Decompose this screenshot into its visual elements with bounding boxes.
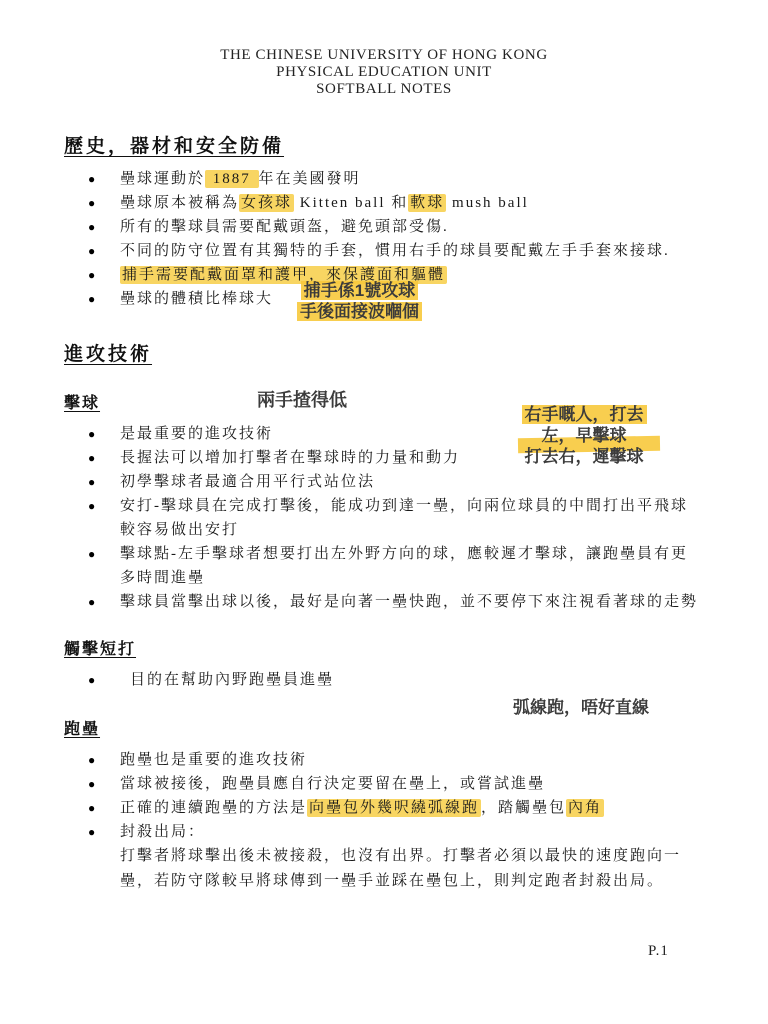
header-unit: PHYSICAL EDUCATION UNIT: [0, 64, 768, 81]
highlighted-text: 向壘包外幾呎繞弧線跑: [307, 799, 481, 817]
list-item: ● 初學擊球者最適合用平行式站位法: [64, 470, 704, 494]
bullet-text: 封殺出局：: [120, 820, 704, 844]
list-item: ● 擊球員當擊出球以後，最好是向著一壘快跑，並不要停下來注視看著球的走勢: [64, 590, 704, 614]
list-item: ● 壘球原本被稱為女孩球 Kitten ball 和軟球 mush ball: [64, 191, 704, 215]
text-run: 年在美國發明: [259, 171, 361, 187]
bullet-text: 跑壘也是重要的進攻技術: [120, 748, 704, 772]
list-item: ● 擊球點-左手擊球者想要打出左外野方向的球，應較遲才擊球，讓跑壘員有更多時間進…: [64, 542, 704, 590]
text-run: Kitten ball 和: [294, 195, 408, 211]
bullet-text: 目的在幫助內野跑壘員進壘: [120, 668, 704, 692]
highlighted-annotation-text: 手後面接波嗰個: [297, 302, 422, 321]
bullet-marker: ●: [64, 446, 120, 470]
document-header: THE CHINESE UNIVERSITY OF HONG KONG PHYS…: [0, 0, 768, 98]
annotation-line: 捕手係1號攻球: [297, 280, 422, 301]
list-item: ● 正確的連續跑壘的方法是向壘包外幾呎繞弧線跑，踏觸壘包內角: [64, 796, 704, 820]
header-doc-title: SOFTBALL NOTES: [0, 81, 768, 98]
highlighted-text: 1887: [205, 170, 259, 188]
baserunning-bullet-list: ● 跑壘也是重要的進攻技術 ● 當球被接後，跑壘員應自行決定要留在壘上，或嘗試進…: [64, 748, 704, 844]
text-run: ，踏觸壘包: [481, 800, 566, 816]
bullet-marker: ●: [64, 470, 120, 494]
annotation-line: 打去右，遲擊球: [498, 446, 670, 467]
bullet-text: 擊球員當擊出球以後，最好是向著一壘快跑，並不要停下來注視看著球的走勢: [120, 590, 704, 614]
bunt-bullet-list: ● 目的在幫助內野跑壘員進壘: [64, 668, 704, 692]
bullet-marker: ●: [64, 239, 120, 263]
highlighted-text: 女孩球: [239, 194, 294, 212]
bullet-text: 擊球點-左手擊球者想要打出左外野方向的球，應較遲才擊球，讓跑壘員有更多時間進壘: [120, 542, 704, 590]
document-body: 歷史，器材和安全防備 ● 壘球運動於 1887 年在美國發明 ● 壘球原本被稱為…: [64, 131, 704, 894]
list-item: ● 壘球運動於 1887 年在美國發明: [64, 167, 704, 191]
list-item: ● 當球被接後，跑壘員應自行決定要留在壘上，或嘗試進壘: [64, 772, 704, 796]
bullet-marker: ●: [64, 287, 120, 311]
bullet-marker: ●: [64, 820, 120, 844]
subsection-title-baserunning: 跑壘: [64, 716, 704, 739]
bullet-marker: ●: [64, 422, 120, 446]
bullet-marker: ●: [64, 796, 120, 820]
text-run: 正確的連續跑壘的方法是: [120, 800, 307, 816]
bullet-marker: ●: [64, 167, 120, 191]
bullet-marker: ●: [64, 263, 120, 287]
bullet-text: 所有的擊球員需要配戴頭盔，避免頭部受傷.: [120, 215, 704, 239]
bullet-text: 壘球原本被稱為女孩球 Kitten ball 和軟球 mush ball: [120, 191, 704, 215]
bullet-text: 初學擊球者最適合用平行式站位法: [120, 470, 704, 494]
annotation-line: 左，早擊球: [498, 425, 670, 446]
bullet-marker: ●: [64, 748, 120, 772]
bullet-text: 安打-擊球員在完成打擊後，能成功到達一壘，向兩位球員的中間打出平飛球較容易做出安…: [120, 494, 704, 542]
annotation-grip-note: 兩手揸得低: [257, 386, 347, 412]
highlighted-text: 軟球: [408, 194, 446, 212]
page-number: P.1: [648, 943, 669, 960]
bullet-text: 不同的防守位置有其獨特的手套，慣用右手的球員要配戴左手手套來接球.: [120, 239, 704, 263]
highlighted-annotation-text: 右手嘅人，打去: [522, 405, 647, 424]
annotation-right-hand-note: 右手嘅人，打去 左，早擊球 打去右，遲擊球: [498, 404, 670, 467]
list-item: ● 所有的擊球員需要配戴頭盔，避免頭部受傷.: [64, 215, 704, 239]
bullet-text: 正確的連續跑壘的方法是向壘包外幾呎繞弧線跑，踏觸壘包內角: [120, 796, 704, 820]
bullet-marker: ●: [64, 215, 120, 239]
list-item: ● 目的在幫助內野跑壘員進壘: [64, 668, 704, 692]
list-item: ● 跑壘也是重要的進攻技術: [64, 748, 704, 772]
text-run: mush ball: [446, 195, 529, 211]
bullet-marker: ●: [64, 494, 120, 542]
bullet-marker: ●: [64, 191, 120, 215]
bullet-marker: ●: [64, 590, 120, 614]
bullet-marker: ●: [64, 668, 120, 692]
list-item: ● 不同的防守位置有其獨特的手套，慣用右手的球員要配戴左手手套來接球.: [64, 239, 704, 263]
text-run: 壘球運動於: [120, 171, 205, 187]
annotation-curve-run-note: 弧線跑，唔好直線: [513, 693, 649, 718]
bullet-text: 壘球運動於 1887 年在美國發明: [120, 167, 704, 191]
highlighted-text: 內角: [566, 799, 604, 817]
bullet-marker: ●: [64, 542, 120, 590]
annotation-catcher-note: 捕手係1號攻球 手後面接波嗰個: [297, 280, 422, 322]
bullet-text: 當球被接後，跑壘員應自行決定要留在壘上，或嘗試進壘: [120, 772, 704, 796]
text-run: 壘球原本被稱為: [120, 195, 239, 211]
annotation-line: 手後面接波嗰個: [297, 301, 422, 322]
subsection-title-bunt: 觸擊短打: [64, 636, 704, 659]
document-page: THE CHINESE UNIVERSITY OF HONG KONG PHYS…: [0, 0, 768, 1024]
section-title-offense: 進攻技術: [64, 339, 704, 366]
annotation-line: 右手嘅人，打去: [498, 404, 670, 425]
force-out-paragraph: 打擊者將球擊出後未被接殺，也沒有出界。打擊者必須以最快的速度跑向一壘，若防守隊較…: [120, 844, 704, 894]
header-university: THE CHINESE UNIVERSITY OF HONG KONG: [0, 47, 768, 64]
section-title-history: 歷史，器材和安全防備: [64, 131, 704, 158]
list-item: ● 安打-擊球員在完成打擊後，能成功到達一壘，向兩位球員的中間打出平飛球較容易做…: [64, 494, 704, 542]
highlighted-annotation-text: 捕手係1號攻球: [301, 281, 418, 300]
bullet-marker: ●: [64, 772, 120, 796]
list-item: ● 封殺出局：: [64, 820, 704, 844]
